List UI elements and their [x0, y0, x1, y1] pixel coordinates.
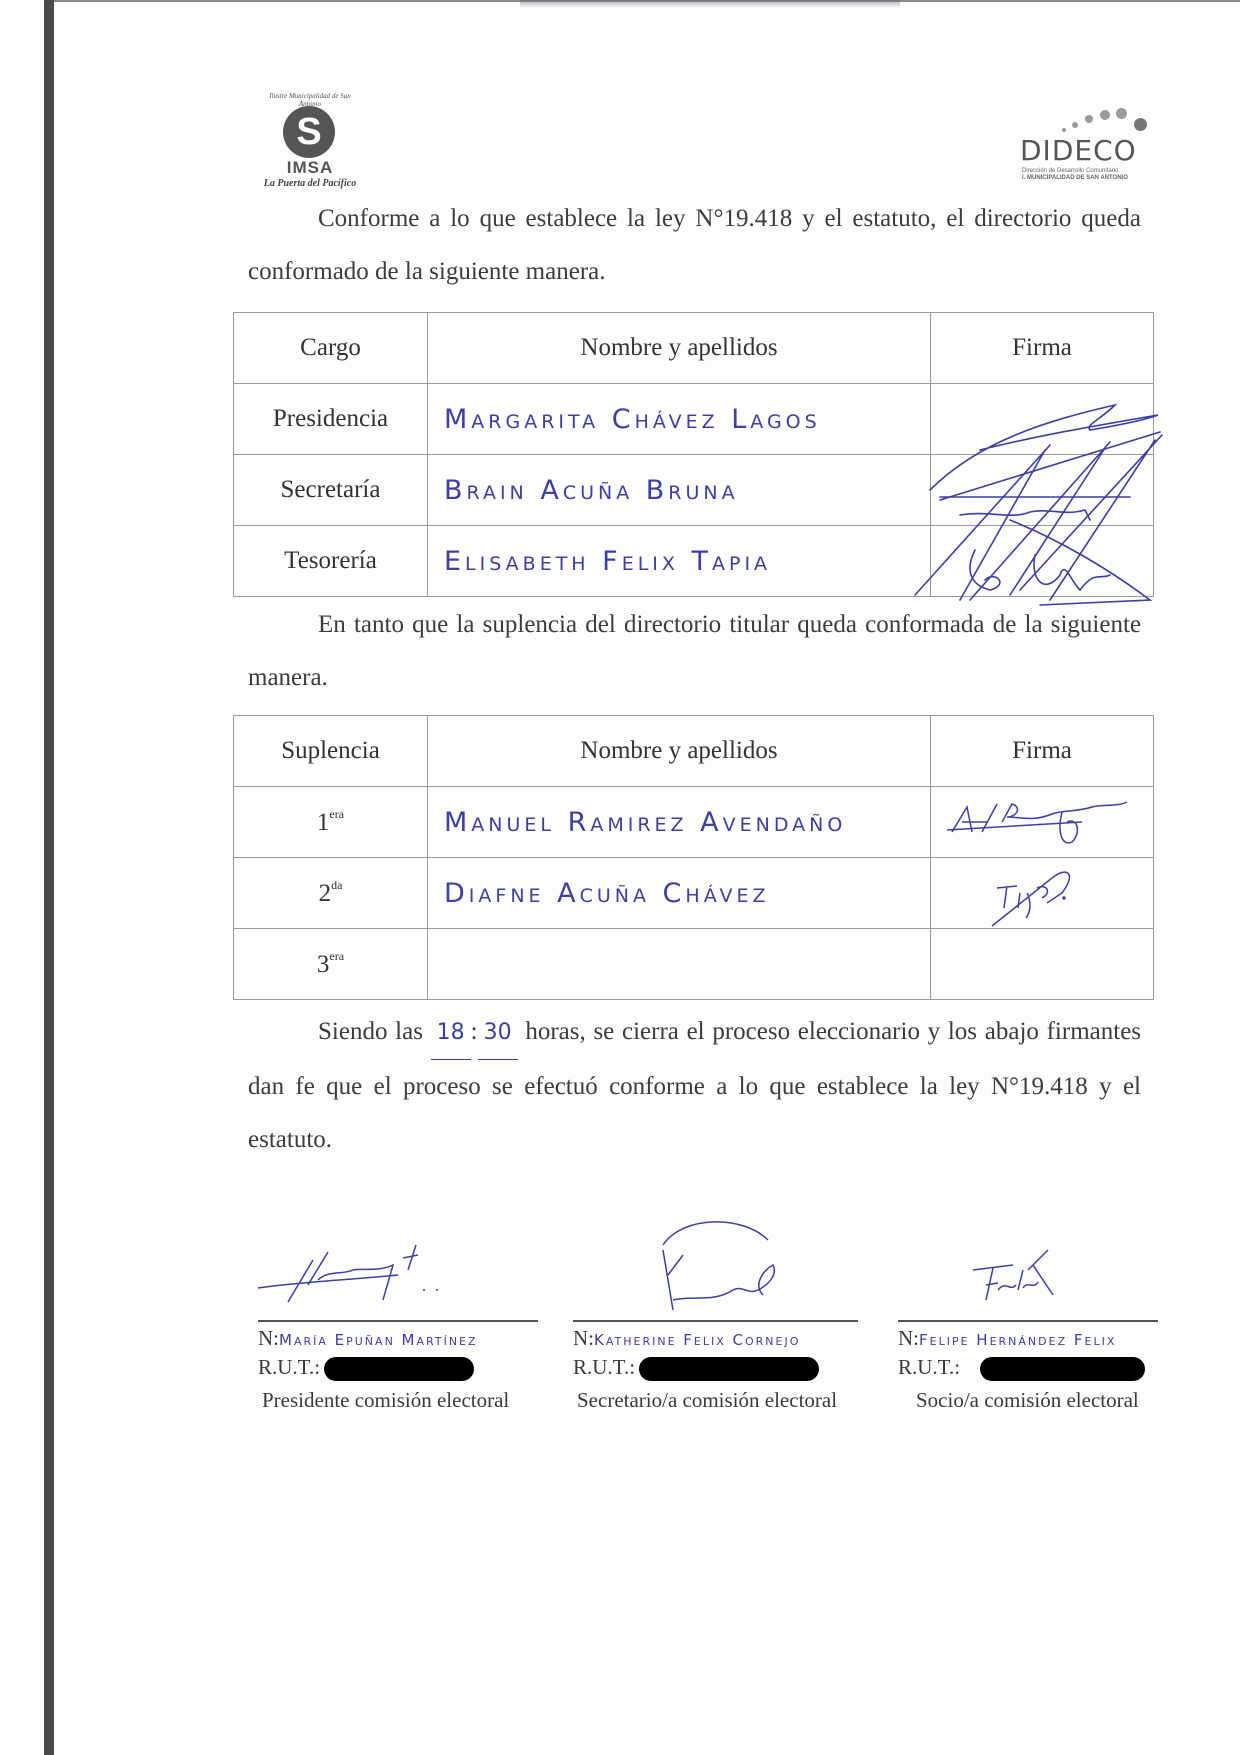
cargo-cell: Tesorería — [234, 526, 428, 597]
suplencia-paragraph: En tanto que la suplencia del directorio… — [248, 598, 1141, 704]
suplencia-order: 1era — [234, 787, 428, 858]
scan-margin — [0, 0, 44, 1755]
dideco-wordmark: DIDECO — [1020, 136, 1137, 166]
dideco-dots-icon — [1058, 106, 1148, 134]
imsa-tagline: La Puerta del Pacífico — [250, 178, 370, 189]
signature-icon — [942, 792, 1142, 852]
signature-line — [573, 1320, 858, 1322]
dideco-municipality: I. MUNICIPALIDAD DE SAN ANTONIO — [1022, 175, 1128, 181]
table-row: Secretaría Brain Acuña Bruna — [234, 455, 1154, 526]
imsa-wave-icon: S — [294, 112, 324, 152]
handwritten-name: Katherine Felix Cornejo — [594, 1331, 800, 1349]
header-nombre: Nombre y apellidos — [428, 716, 931, 787]
signature-icon — [258, 1240, 558, 1310]
redaction-bar — [980, 1357, 1145, 1381]
suplencia-text: En tanto que la suplencia del directorio… — [248, 611, 1141, 691]
signatory-name-row: N:Katherine Felix Cornejo — [573, 1326, 800, 1351]
imsa-name: IMSA — [250, 158, 370, 178]
closing-prefix: Siendo las — [318, 1018, 423, 1045]
rut-row: R.U.T.: — [258, 1355, 474, 1381]
dideco-logo: DIDECO Dirección de Desarrollo Comunitar… — [1018, 106, 1158, 186]
suplencia-order: 3era — [234, 929, 428, 1000]
signature-cell — [931, 858, 1154, 929]
scan-edge-shadow — [44, 0, 54, 1755]
handwritten-name: Brain Acuña Bruna — [428, 455, 931, 526]
header-suplencia: Suplencia — [234, 716, 428, 787]
table-row: 3era — [234, 929, 1154, 1000]
signature-line — [898, 1320, 1158, 1322]
header-nombre: Nombre y apellidos — [428, 313, 931, 384]
closing-paragraph: Siendo las 18:30 horas, se cierra el pro… — [248, 1005, 1141, 1166]
table-header-row: Suplencia Nombre y apellidos Firma — [234, 716, 1154, 787]
rut-row: R.U.T.: — [898, 1355, 1145, 1381]
suplencia-table: Suplencia Nombre y apellidos Firma 1era … — [233, 715, 1154, 1000]
signatory-name-row: N:Felipe Hernández Felix — [898, 1326, 1116, 1351]
handwritten-name: Felipe Hernández Felix — [919, 1331, 1116, 1349]
signature-line — [258, 1320, 538, 1322]
rut-row: R.U.T.: — [573, 1355, 819, 1381]
intro-text: Conforme a lo que establece la ley N°19.… — [248, 205, 1141, 285]
table-row: 2da Diafne Acuña Chávez — [234, 858, 1154, 929]
signature-icon — [898, 1240, 1198, 1310]
time-separator: : — [471, 1018, 478, 1045]
signature-icon — [942, 858, 1142, 928]
signature-cell — [931, 526, 1154, 597]
signature-cell — [931, 384, 1154, 455]
handwritten-name: María Epuñan Martínez — [279, 1331, 478, 1349]
dideco-subtitle: Dirección de Desarrollo Comunitario — [1022, 168, 1118, 174]
table-header-row: Cargo Nombre y apellidos Firma — [234, 313, 1154, 384]
handwritten-name — [428, 929, 931, 1000]
handwritten-name: Diafne Acuña Chávez — [428, 858, 931, 929]
cargo-cell: Presidencia — [234, 384, 428, 455]
scan-smudge — [520, 0, 900, 8]
signature-cell — [931, 787, 1154, 858]
table-row: Tesorería Elisabeth Felix Tapia — [234, 526, 1154, 597]
table-row: 1era Manuel Ramirez Avendaño — [234, 787, 1154, 858]
imsa-logo: Ilustre Municipalidad de San Antonio S I… — [250, 92, 370, 197]
cargo-cell: Secretaría — [234, 455, 428, 526]
signature-cell — [931, 455, 1154, 526]
table-row: Presidencia Margarita Chávez Lagos — [234, 384, 1154, 455]
signatory-role: Secretario/a comisión electoral — [577, 1388, 837, 1413]
suplencia-order: 2da — [234, 858, 428, 929]
header-cargo: Cargo — [234, 313, 428, 384]
directorio-table: Cargo Nombre y apellidos Firma Presidenc… — [233, 312, 1154, 597]
signature-icon — [573, 1215, 873, 1315]
signatory-name-row: N:María Epuñan Martínez — [258, 1326, 478, 1351]
handwritten-hour: 18 — [431, 1006, 471, 1060]
header-firma: Firma — [931, 313, 1154, 384]
handwritten-minute: 30 — [478, 1006, 518, 1060]
signatory-role: Presidente comisión electoral — [262, 1388, 509, 1413]
handwritten-name: Manuel Ramirez Avendaño — [428, 787, 931, 858]
redaction-bar — [639, 1357, 819, 1381]
signature-cell — [931, 929, 1154, 1000]
header-firma: Firma — [931, 716, 1154, 787]
intro-paragraph: Conforme a lo que establece la ley N°19.… — [248, 192, 1141, 298]
handwritten-name: Margarita Chávez Lagos — [428, 384, 931, 455]
redaction-bar — [324, 1357, 474, 1381]
handwritten-name: Elisabeth Felix Tapia — [428, 526, 931, 597]
signatory-role: Socio/a comisión electoral — [916, 1388, 1139, 1413]
